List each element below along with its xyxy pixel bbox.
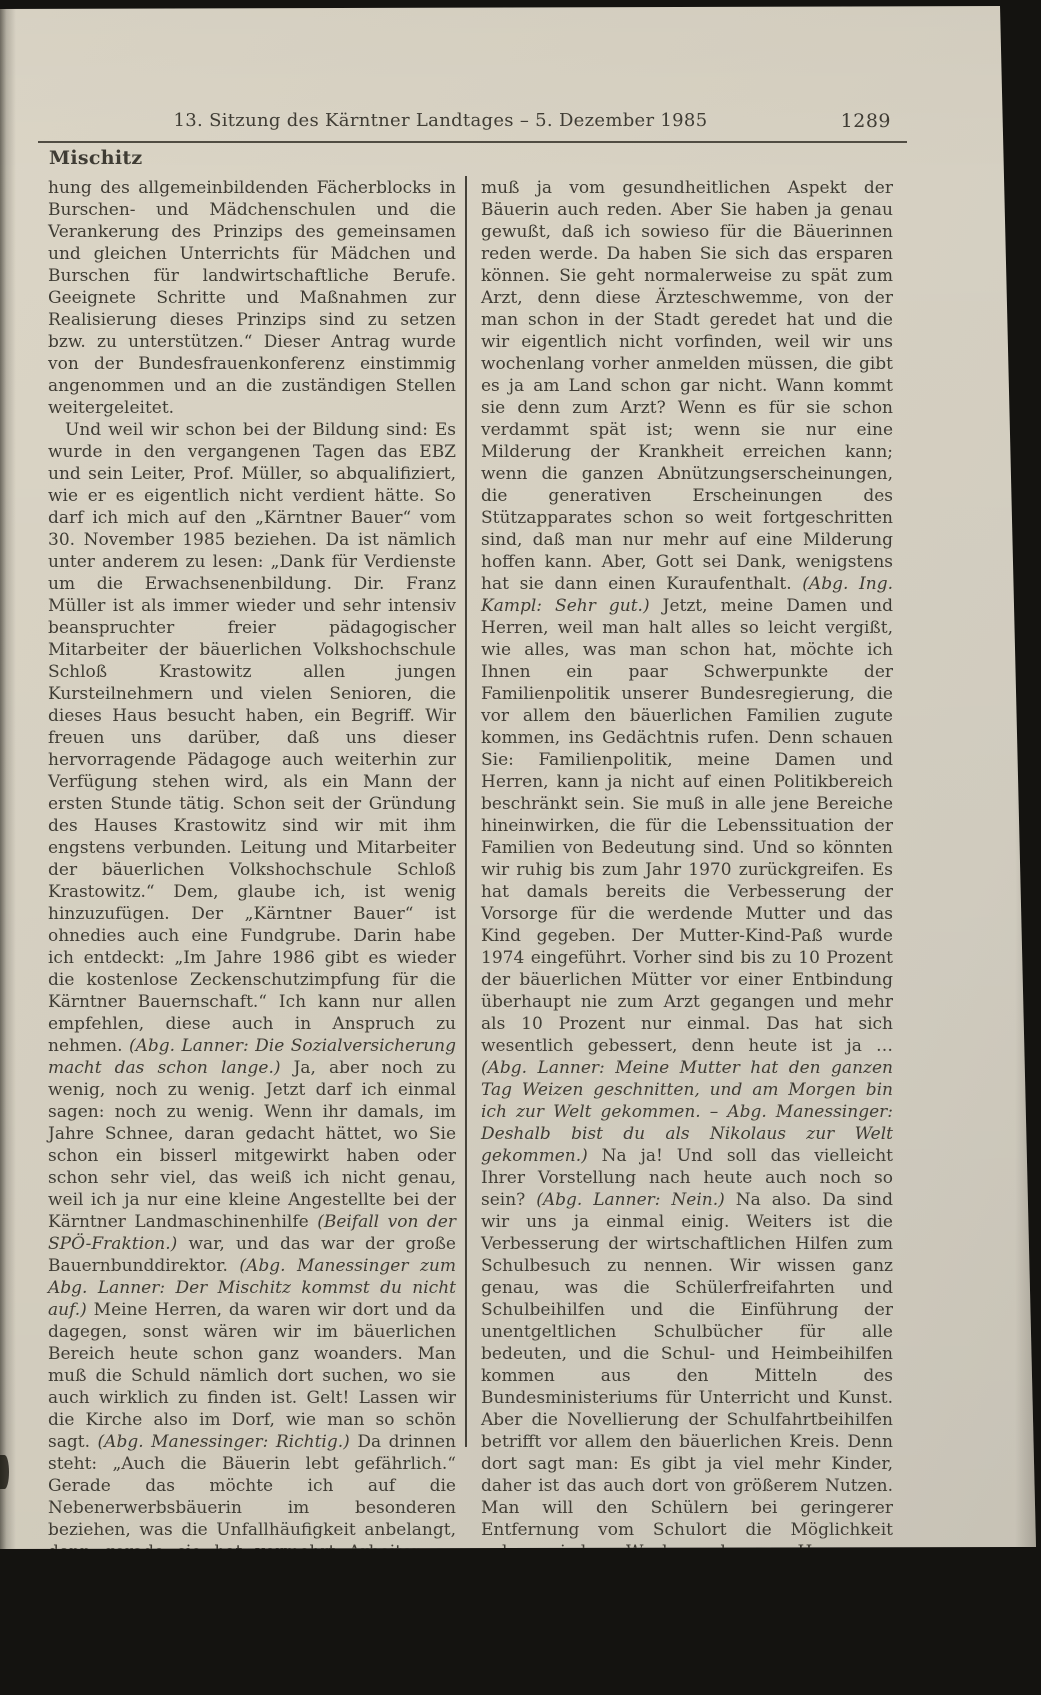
page-number: 1289	[841, 110, 891, 132]
speech-text: Und weil wir schon bei der Bildung sind:…	[48, 420, 456, 1056]
speech-text: Ja, aber noch zu wenig, noch zu wenig. J…	[48, 1058, 456, 1232]
paragraph: hung des allgemeinbildenden Fächerblocks…	[48, 177, 456, 419]
page-header: 13. Sitzung des Kärntner Landtages – 5. …	[48, 110, 893, 136]
text-column-left: hung des allgemeinbildenden Fächerblocks…	[48, 177, 456, 1562]
header-rule	[38, 141, 907, 143]
speech-text: hung des allgemeinbildenden Fächerblocks…	[48, 178, 456, 418]
scan-artifact	[0, 1455, 9, 1489]
speaker-name: Mischitz	[49, 147, 143, 169]
page-edge-shadow	[1015, 0, 1041, 1562]
page-header-title: 13. Sitzung des Kärntner Landtages – 5. …	[48, 110, 833, 131]
speech-text: muß ja vom gesundheitlichen Aspekt der B…	[481, 178, 893, 594]
interjection-text: (Abg. Manessinger: Richtig.)	[98, 1432, 350, 1452]
page-gutter-shadow	[0, 0, 16, 1562]
paragraph: muß ja vom gesundheitlichen Aspekt der B…	[481, 177, 893, 1562]
speech-text: Na also. Da sind wir uns ja einmal einig…	[481, 1190, 893, 1562]
column-divider-rule	[465, 176, 467, 1447]
speech-text: Meine Herren, da waren wir dort und da d…	[48, 1300, 456, 1452]
speech-text: Jetzt, meine Damen und Herren, weil man …	[481, 596, 893, 1056]
interjection-text: (Abg. Lanner: Nein.)	[536, 1190, 725, 1210]
paragraph: Und weil wir schon bei der Bildung sind:…	[48, 419, 456, 1562]
scanned-page: 13. Sitzung des Kärntner Landtages – 5. …	[0, 0, 1041, 1562]
text-column-right: muß ja vom gesundheitlichen Aspekt der B…	[481, 177, 893, 1562]
